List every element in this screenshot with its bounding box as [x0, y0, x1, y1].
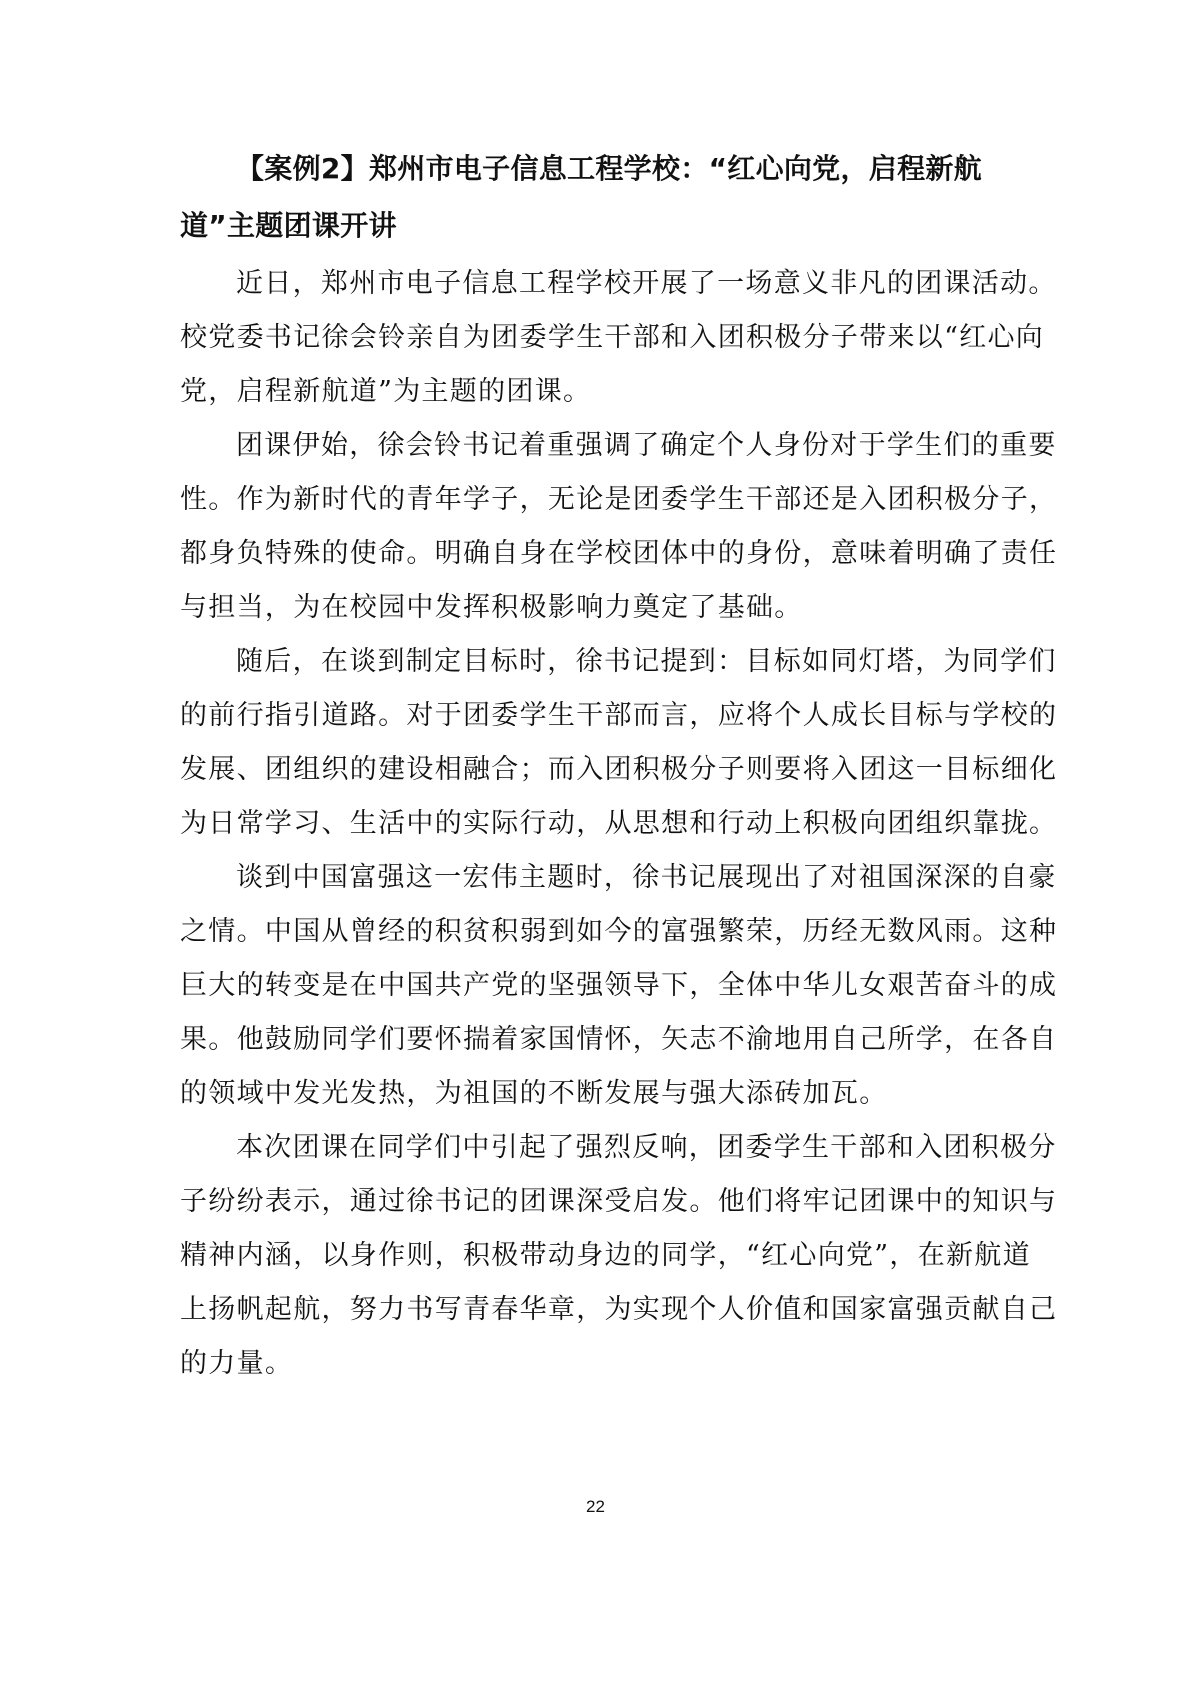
text-line: 精神内涵，以身作则，积极带动身边的同学，“红心向党”，在新航道	[180, 1229, 1040, 1283]
text-line: 巨大的转变是在中国共产党的坚强领导下，全体中华儿女艰苦奋斗的成	[180, 959, 1040, 1013]
paragraph-china-prosperity: 谈到中国富强这一宏伟主题时，徐书记展现出了对祖国深深的自豪 之情。中国从曾经的积…	[180, 851, 1040, 1121]
page-content: 【案例2】郑州市电子信息工程学校：“红心向党，启程新航 道”主题团课开讲 近日，…	[180, 140, 1040, 1391]
text-line: 团课伊始，徐会铃书记着重强调了确定个人身份对于学生们的重要	[180, 419, 1040, 473]
document-page: 【案例2】郑州市电子信息工程学校：“红心向党，启程新航 道”主题团课开讲 近日，…	[0, 0, 1191, 1684]
text-line: 性。作为新时代的青年学子，无论是团委学生干部还是入团积极分子，	[180, 473, 1040, 527]
title-line-1: 【案例2】郑州市电子信息工程学校：“红心向党，启程新航	[180, 140, 1040, 197]
text-line: 党，启程新航道”为主题的团课。	[180, 365, 1040, 419]
paragraph-goals: 随后，在谈到制定目标时，徐书记提到：目标如同灯塔，为同学们 的前行指引道路。对于…	[180, 635, 1040, 851]
text-line: 子纷纷表示，通过徐书记的团课深受启发。他们将牢记团课中的知识与	[180, 1175, 1040, 1229]
paragraph-conclusion: 本次团课在同学们中引起了强烈反响，团委学生干部和入团积极分 子纷纷表示，通过徐书…	[180, 1121, 1040, 1391]
title-line-2: 道”主题团课开讲	[180, 197, 1040, 254]
text-line: 本次团课在同学们中引起了强烈反响，团委学生干部和入团积极分	[180, 1121, 1040, 1175]
case-title: 【案例2】郑州市电子信息工程学校：“红心向党，启程新航 道”主题团课开讲	[180, 140, 1040, 254]
text-line: 随后，在谈到制定目标时，徐书记提到：目标如同灯塔，为同学们	[180, 635, 1040, 689]
paragraph-intro: 近日，郑州市电子信息工程学校开展了一场意义非凡的团课活动。 校党委书记徐会铃亲自…	[180, 257, 1040, 419]
text-line: 的前行指引道路。对于团委学生干部而言，应将个人成长目标与学校的	[180, 689, 1040, 743]
text-line: 与担当，为在校园中发挥积极影响力奠定了基础。	[180, 581, 1040, 635]
page-number: 22	[0, 1497, 1191, 1517]
text-line: 的力量。	[180, 1337, 1040, 1391]
text-line: 都身负特殊的使命。明确自身在学校团体中的身份，意味着明确了责任	[180, 527, 1040, 581]
text-line: 谈到中国富强这一宏伟主题时，徐书记展现出了对祖国深深的自豪	[180, 851, 1040, 905]
text-line: 近日，郑州市电子信息工程学校开展了一场意义非凡的团课活动。	[180, 257, 1040, 311]
text-line: 发展、团组织的建设相融合；而入团积极分子则要将入团这一目标细化	[180, 743, 1040, 797]
text-line: 果。他鼓励同学们要怀揣着家国情怀，矢志不渝地用自己所学，在各自	[180, 1013, 1040, 1067]
text-line: 之情。中国从曾经的积贫积弱到如今的富强繁荣，历经无数风雨。这种	[180, 905, 1040, 959]
text-line: 的领域中发光发热，为祖国的不断发展与强大添砖加瓦。	[180, 1067, 1040, 1121]
text-line: 为日常学习、生活中的实际行动，从思想和行动上积极向团组织靠拢。	[180, 797, 1040, 851]
text-line: 校党委书记徐会铃亲自为团委学生干部和入团积极分子带来以“红心向	[180, 311, 1040, 365]
paragraph-identity: 团课伊始，徐会铃书记着重强调了确定个人身份对于学生们的重要 性。作为新时代的青年…	[180, 419, 1040, 635]
text-line: 上扬帆起航，努力书写青春华章，为实现个人价值和国家富强贡献自己	[180, 1283, 1040, 1337]
